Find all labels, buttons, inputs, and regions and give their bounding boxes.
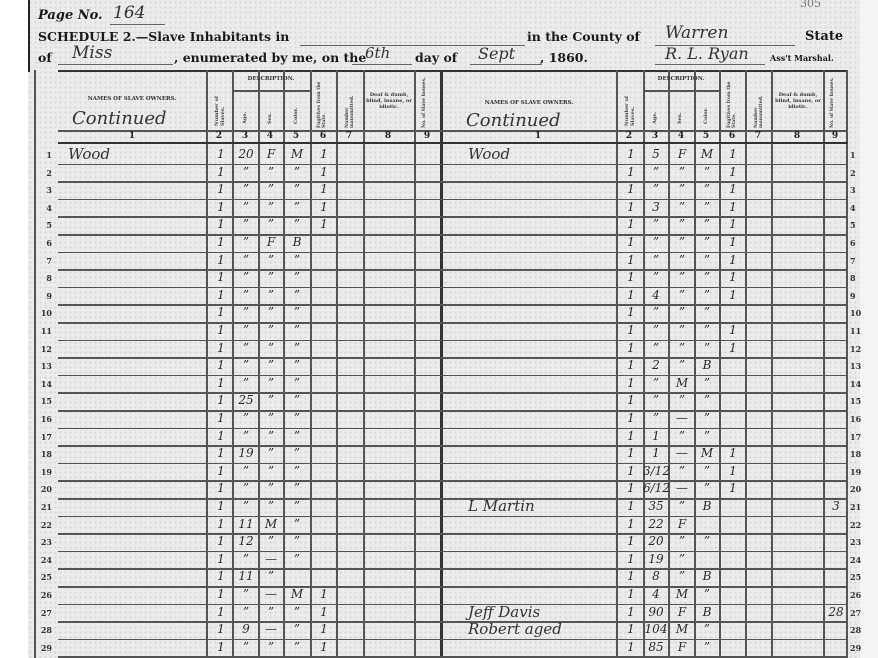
month-value: Sept <box>478 44 515 63</box>
cell-color: ” <box>694 587 720 601</box>
cell-age: ” <box>643 217 669 231</box>
cell-age: 20 <box>233 147 259 161</box>
cell-sex: ” <box>258 411 284 425</box>
cell-color: M <box>284 147 310 161</box>
cell-age: ” <box>233 323 259 337</box>
row-number: 20 <box>30 484 52 494</box>
row-line <box>58 604 848 606</box>
cell-fug: 1 <box>311 217 337 231</box>
cell-sex: ” <box>669 323 695 337</box>
cell-age: ” <box>643 376 669 390</box>
cell-count: 1 <box>618 605 644 619</box>
cell-color: ” <box>284 411 310 425</box>
cell-age: ” <box>233 552 259 566</box>
cell-count: 1 <box>618 147 644 161</box>
row-number: 18 <box>30 449 52 459</box>
cell-count: 1 <box>208 235 234 249</box>
cell-age: 3/12 <box>643 464 669 478</box>
col-manumitted-header: Number manumitted. <box>345 74 355 128</box>
cell-sex: M <box>669 376 695 390</box>
marshal-value: R. L. Ryan <box>665 44 749 63</box>
cell-age: ” <box>643 323 669 337</box>
cell-age: ” <box>233 411 259 425</box>
cell-count: 1 <box>208 481 234 495</box>
of-label: of <box>38 50 52 65</box>
cell-count: 1 <box>208 622 234 636</box>
cell-fug: 1 <box>311 182 337 196</box>
cell-sex: ” <box>669 552 695 566</box>
cell-age: ” <box>233 270 259 284</box>
row-number: 27 <box>30 608 52 618</box>
cell-fug: 1 <box>311 587 337 601</box>
cell-color: ” <box>694 411 720 425</box>
page-edge-bar <box>28 0 30 72</box>
row-number: 23 <box>30 537 52 547</box>
cell-color: ” <box>694 534 720 548</box>
row-number-right: 23 <box>850 537 861 547</box>
cell-count: 1 <box>208 323 234 337</box>
page-number: 164 <box>113 3 145 23</box>
cell-fug: 1 <box>311 165 337 179</box>
col-owners-header-right: NAMES OF SLAVE OWNERS. <box>442 100 616 106</box>
cell-color: ” <box>284 429 310 443</box>
cell-color: ” <box>284 640 310 654</box>
cell-sex: M <box>258 517 284 531</box>
schedule-title: SCHEDULE 2.—Slave Inhabitants in <box>38 29 289 44</box>
cell-count: 1 <box>618 376 644 390</box>
cell-age: 35 <box>643 499 669 513</box>
cell-fug: 1 <box>720 288 746 302</box>
cell-age: ” <box>233 499 259 513</box>
county-value: Warren <box>665 23 728 43</box>
row-number: 4 <box>30 203 52 213</box>
row-number-right: 18 <box>850 449 861 459</box>
row-number-right: 8 <box>850 273 856 283</box>
cell-count: 1 <box>618 587 644 601</box>
row-number-right: 4 <box>850 203 856 213</box>
row-number-right: 7 <box>850 256 856 266</box>
col-houses-header: No. of Slave houses. <box>422 74 427 128</box>
row-number-right: 10 <box>850 308 861 318</box>
cell-age: 25 <box>233 393 259 407</box>
cell-count: 1 <box>208 182 234 196</box>
cell-fug: 1 <box>720 446 746 460</box>
cell-count: 1 <box>618 235 644 249</box>
cell-age: 9 <box>233 622 259 636</box>
cell-color: ” <box>284 376 310 390</box>
cell-fug: 1 <box>720 341 746 355</box>
cell-color: ” <box>284 270 310 284</box>
cell-age: ” <box>233 464 259 478</box>
row-number: 22 <box>30 520 52 530</box>
cell-sex: ” <box>669 393 695 407</box>
cell-color: ” <box>284 182 310 196</box>
day-value: 6th <box>365 44 390 62</box>
row-line <box>58 533 848 535</box>
cell-sex: — <box>258 552 284 566</box>
cell-sex: ” <box>258 499 284 513</box>
row-number: 7 <box>30 256 52 266</box>
cell-count: 1 <box>618 429 644 443</box>
cell-age: 11 <box>233 517 259 531</box>
cell-sex: ” <box>669 499 695 513</box>
cell-count: 1 <box>208 393 234 407</box>
cell-sex: F <box>669 640 695 654</box>
cell-count: 1 <box>208 569 234 583</box>
owner-name: Robert aged <box>468 620 562 638</box>
state-label: State <box>805 29 843 44</box>
cell-fug: 1 <box>720 147 746 161</box>
owner-name: Wood <box>468 145 510 163</box>
row-line <box>58 375 848 377</box>
col-deaf-header-right: Deaf & dumb, blind, insane, or idiotic. <box>773 92 823 110</box>
cell-sex: ” <box>669 182 695 196</box>
cell-fug: 1 <box>720 182 746 196</box>
cell-age: 19 <box>233 446 259 460</box>
row-number: 25 <box>30 572 52 582</box>
cell-count: 1 <box>208 534 234 548</box>
cell-count: 1 <box>618 288 644 302</box>
row-number: 15 <box>30 396 52 406</box>
cell-age: 1 <box>643 429 669 443</box>
row-number-right: 19 <box>850 467 861 477</box>
cell-sex: — <box>669 411 695 425</box>
cell-age: ” <box>233 587 259 601</box>
cell-count: 1 <box>208 288 234 302</box>
cell-color: ” <box>284 288 310 302</box>
year-label: , 1860. <box>540 50 588 65</box>
cell-sex: ” <box>669 305 695 319</box>
row-line <box>58 551 848 553</box>
cell-fug: 1 <box>720 217 746 231</box>
cell-sex: — <box>669 446 695 460</box>
cell-color: ” <box>694 341 720 355</box>
row-number-right: 11 <box>850 326 861 336</box>
cell-color: ” <box>694 200 720 214</box>
row-line <box>58 586 848 588</box>
stamp-number: 305 <box>800 0 821 10</box>
cell-age: ” <box>233 182 259 196</box>
cell-color: ” <box>694 429 720 443</box>
cell-age: 1 <box>643 446 669 460</box>
cell-sex: — <box>258 587 284 601</box>
cell-color: ” <box>284 323 310 337</box>
day-underline <box>352 64 412 65</box>
col-num-7-right: 7 <box>748 131 768 141</box>
cell-color: ” <box>694 235 720 249</box>
cell-count: 1 <box>618 182 644 196</box>
cell-count: 1 <box>618 393 644 407</box>
cell-fug: 1 <box>720 200 746 214</box>
cell-count: 1 <box>618 534 644 548</box>
cell-age: ” <box>643 182 669 196</box>
cell-count: 1 <box>618 552 644 566</box>
cell-sex: ” <box>258 534 284 548</box>
row-number: 14 <box>30 379 52 389</box>
cell-sex: ” <box>258 640 284 654</box>
cell-age: 12 <box>233 534 259 548</box>
cell-count: 1 <box>208 147 234 161</box>
cell-age: 22 <box>643 517 669 531</box>
cell-color: ” <box>284 517 310 531</box>
row-number: 28 <box>30 625 52 635</box>
cell-age: ” <box>233 200 259 214</box>
cell-fug: 1 <box>311 200 337 214</box>
cell-sex: ” <box>258 288 284 302</box>
cell-age: ” <box>233 288 259 302</box>
row-number: 10 <box>30 308 52 318</box>
cell-sex: — <box>258 622 284 636</box>
row-line <box>58 304 848 306</box>
col-num-4: 4 <box>260 131 280 141</box>
row-number: 2 <box>30 168 52 178</box>
cell-sex: ” <box>669 358 695 372</box>
cell-count: 1 <box>618 464 644 478</box>
col-num-5-right: 5 <box>696 131 716 141</box>
cell-color: ” <box>284 200 310 214</box>
cell-fug: 1 <box>311 147 337 161</box>
col-deaf-header: Deaf & dumb, blind, insane, or idiotic. <box>365 92 413 110</box>
row-line <box>58 516 848 518</box>
cell-fug: 1 <box>720 235 746 249</box>
cell-age: 4 <box>643 587 669 601</box>
row-number: 24 <box>30 555 52 565</box>
cell-sex: F <box>669 605 695 619</box>
cell-count: 1 <box>618 499 644 513</box>
cell-count: 1 <box>208 341 234 355</box>
col-num-1: 1 <box>122 131 142 141</box>
row-number: 16 <box>30 414 52 424</box>
cell-sex: ” <box>258 341 284 355</box>
cell-color: ” <box>694 622 720 636</box>
cell-count: 1 <box>618 323 644 337</box>
row-number-right: 22 <box>850 520 861 530</box>
row-number-right: 24 <box>850 555 861 565</box>
cell-age: ” <box>233 640 259 654</box>
col-sex-header-right: Sex. <box>677 104 683 124</box>
cell-count: 1 <box>208 587 234 601</box>
row-number: 5 <box>30 220 52 230</box>
row-number: 12 <box>30 344 52 354</box>
cell-age: 11 <box>233 569 259 583</box>
cell-sex: F <box>258 147 284 161</box>
description-underline <box>643 90 719 92</box>
page-margin <box>860 0 878 658</box>
row-line <box>58 639 848 641</box>
col-owners-header: NAMES OF SLAVE OWNERS. <box>58 96 206 102</box>
row-number: 11 <box>30 326 52 336</box>
cell-color: ” <box>694 481 720 495</box>
col-age-header-right: Age. <box>652 104 658 124</box>
cell-color: ” <box>694 305 720 319</box>
cell-color: ” <box>284 605 310 619</box>
cell-color: ” <box>284 253 310 267</box>
cell-color: M <box>284 587 310 601</box>
cell-fug: 1 <box>720 253 746 267</box>
cell-age: 20 <box>643 534 669 548</box>
cell-sex: F <box>258 235 284 249</box>
cell-age: ” <box>233 235 259 249</box>
owner-name: Jeff Davis <box>468 603 540 621</box>
cell-age: 3 <box>643 200 669 214</box>
cell-sex: M <box>669 587 695 601</box>
cell-age: ” <box>233 253 259 267</box>
cell-color: ” <box>694 217 720 231</box>
cell-count: 1 <box>208 200 234 214</box>
row-number-right: 12 <box>850 344 861 354</box>
page-number-underline <box>110 24 165 25</box>
enumerated-label: , enumerated by me, on the <box>174 50 366 65</box>
cell-color: ” <box>694 640 720 654</box>
cell-count: 1 <box>618 165 644 179</box>
cell-color: ” <box>694 165 720 179</box>
row-number: 3 <box>30 185 52 195</box>
cell-count: 1 <box>208 411 234 425</box>
row-number: 6 <box>30 238 52 248</box>
cell-count: 1 <box>618 358 644 372</box>
cell-fug: 1 <box>720 464 746 478</box>
col-num-6-right: 6 <box>722 131 742 141</box>
cell-color: ” <box>284 446 310 460</box>
cell-color: ” <box>284 464 310 478</box>
cell-count: 1 <box>208 640 234 654</box>
col-num-8-right: 8 <box>787 131 807 141</box>
cell-color: B <box>694 358 720 372</box>
cell-count: 1 <box>208 305 234 319</box>
cell-age: 5 <box>643 147 669 161</box>
cell-houses: 28 <box>823 605 849 619</box>
cell-count: 1 <box>208 376 234 390</box>
cell-fug: 1 <box>720 165 746 179</box>
row-number-right: 9 <box>850 291 856 301</box>
cell-color: ” <box>284 358 310 372</box>
row-line <box>58 357 848 359</box>
cell-count: 1 <box>208 605 234 619</box>
cell-sex: ” <box>669 235 695 249</box>
row-number-right: 15 <box>850 396 861 406</box>
cell-count: 1 <box>208 165 234 179</box>
cell-color: M <box>694 147 720 161</box>
cell-age: ” <box>233 481 259 495</box>
cell-count: 1 <box>208 446 234 460</box>
row-number: 17 <box>30 432 52 442</box>
col-color-header: Color. <box>293 104 299 124</box>
col-num-5: 5 <box>286 131 306 141</box>
cell-color: ” <box>694 464 720 478</box>
cell-age: ” <box>643 235 669 249</box>
cell-age: 6/12 <box>643 481 669 495</box>
cell-sex: ” <box>258 165 284 179</box>
cell-sex: ” <box>258 217 284 231</box>
row-line <box>58 568 848 570</box>
row-number: 29 <box>30 643 52 653</box>
cell-color: B <box>694 605 720 619</box>
cell-count: 1 <box>618 217 644 231</box>
cell-sex: ” <box>669 464 695 478</box>
cell-count: 1 <box>618 640 644 654</box>
cell-color: ” <box>284 499 310 513</box>
cell-fug: 1 <box>720 270 746 284</box>
cell-sex: ” <box>258 358 284 372</box>
row-number-right: 17 <box>850 432 861 442</box>
row-line <box>58 498 848 500</box>
cell-sex: ” <box>669 165 695 179</box>
cell-count: 1 <box>208 358 234 372</box>
col-number-slaves-header: Number of Slaves. <box>214 76 226 126</box>
cell-sex: ” <box>258 393 284 407</box>
cell-sex: ” <box>258 376 284 390</box>
cell-color: M <box>694 446 720 460</box>
col-num-7: 7 <box>339 131 359 141</box>
row-number-right: 21 <box>850 502 861 512</box>
cell-color: ” <box>694 376 720 390</box>
cell-age: 8 <box>643 569 669 583</box>
cell-sex: ” <box>258 481 284 495</box>
row-number-right: 26 <box>850 590 861 600</box>
cell-count: 1 <box>618 200 644 214</box>
cell-age: ” <box>233 165 259 179</box>
continued-right: Continued <box>466 110 561 131</box>
row-number-right: 3 <box>850 185 856 195</box>
cell-sex: ” <box>669 270 695 284</box>
cell-sex: ” <box>258 305 284 319</box>
row-line <box>58 410 848 412</box>
marshal-underline <box>655 64 765 65</box>
cell-age: ” <box>643 253 669 267</box>
cell-age: ” <box>643 270 669 284</box>
col-number-slaves-header-right: Number of Slaves. <box>624 76 636 126</box>
month-underline <box>470 64 542 65</box>
row-number: 13 <box>30 361 52 371</box>
cell-color: ” <box>284 217 310 231</box>
col-description-header-right: DESCRIPTION. <box>643 76 719 82</box>
col-num-2-right: 2 <box>619 131 639 141</box>
cell-age: ” <box>233 376 259 390</box>
row-number: 19 <box>30 467 52 477</box>
row-number-right: 28 <box>850 625 861 635</box>
cell-color: ” <box>284 393 310 407</box>
column-number-separator <box>58 142 848 144</box>
row-number-right: 14 <box>850 379 861 389</box>
row-number-right: 13 <box>850 361 861 371</box>
cell-color: ” <box>694 323 720 337</box>
cell-age: 104 <box>643 622 669 636</box>
cell-color: ” <box>694 253 720 267</box>
row-number: 9 <box>30 291 52 301</box>
cell-sex: ” <box>669 288 695 302</box>
row-number: 26 <box>30 590 52 600</box>
cell-color: ” <box>284 534 310 548</box>
col-manumitted-header-right: Number manumitted. <box>754 74 764 128</box>
cell-count: 1 <box>618 569 644 583</box>
cell-count: 1 <box>208 499 234 513</box>
cell-color: ” <box>694 270 720 284</box>
cell-count: 1 <box>208 270 234 284</box>
cell-count: 1 <box>618 622 644 636</box>
col-num-1-right: 1 <box>528 131 548 141</box>
col-fugitives-header: Fugitives from the State. <box>317 74 327 128</box>
row-number-right: 5 <box>850 220 856 230</box>
col-num-8: 8 <box>378 131 398 141</box>
cell-age: ” <box>233 341 259 355</box>
row-number-right: 20 <box>850 484 861 494</box>
cell-count: 1 <box>618 253 644 267</box>
col-sex-header: Sex. <box>267 104 273 124</box>
row-number: 8 <box>30 273 52 283</box>
cell-count: 1 <box>208 217 234 231</box>
marshal-label: Ass't Marshal. <box>770 53 834 63</box>
cell-count: 1 <box>618 481 644 495</box>
